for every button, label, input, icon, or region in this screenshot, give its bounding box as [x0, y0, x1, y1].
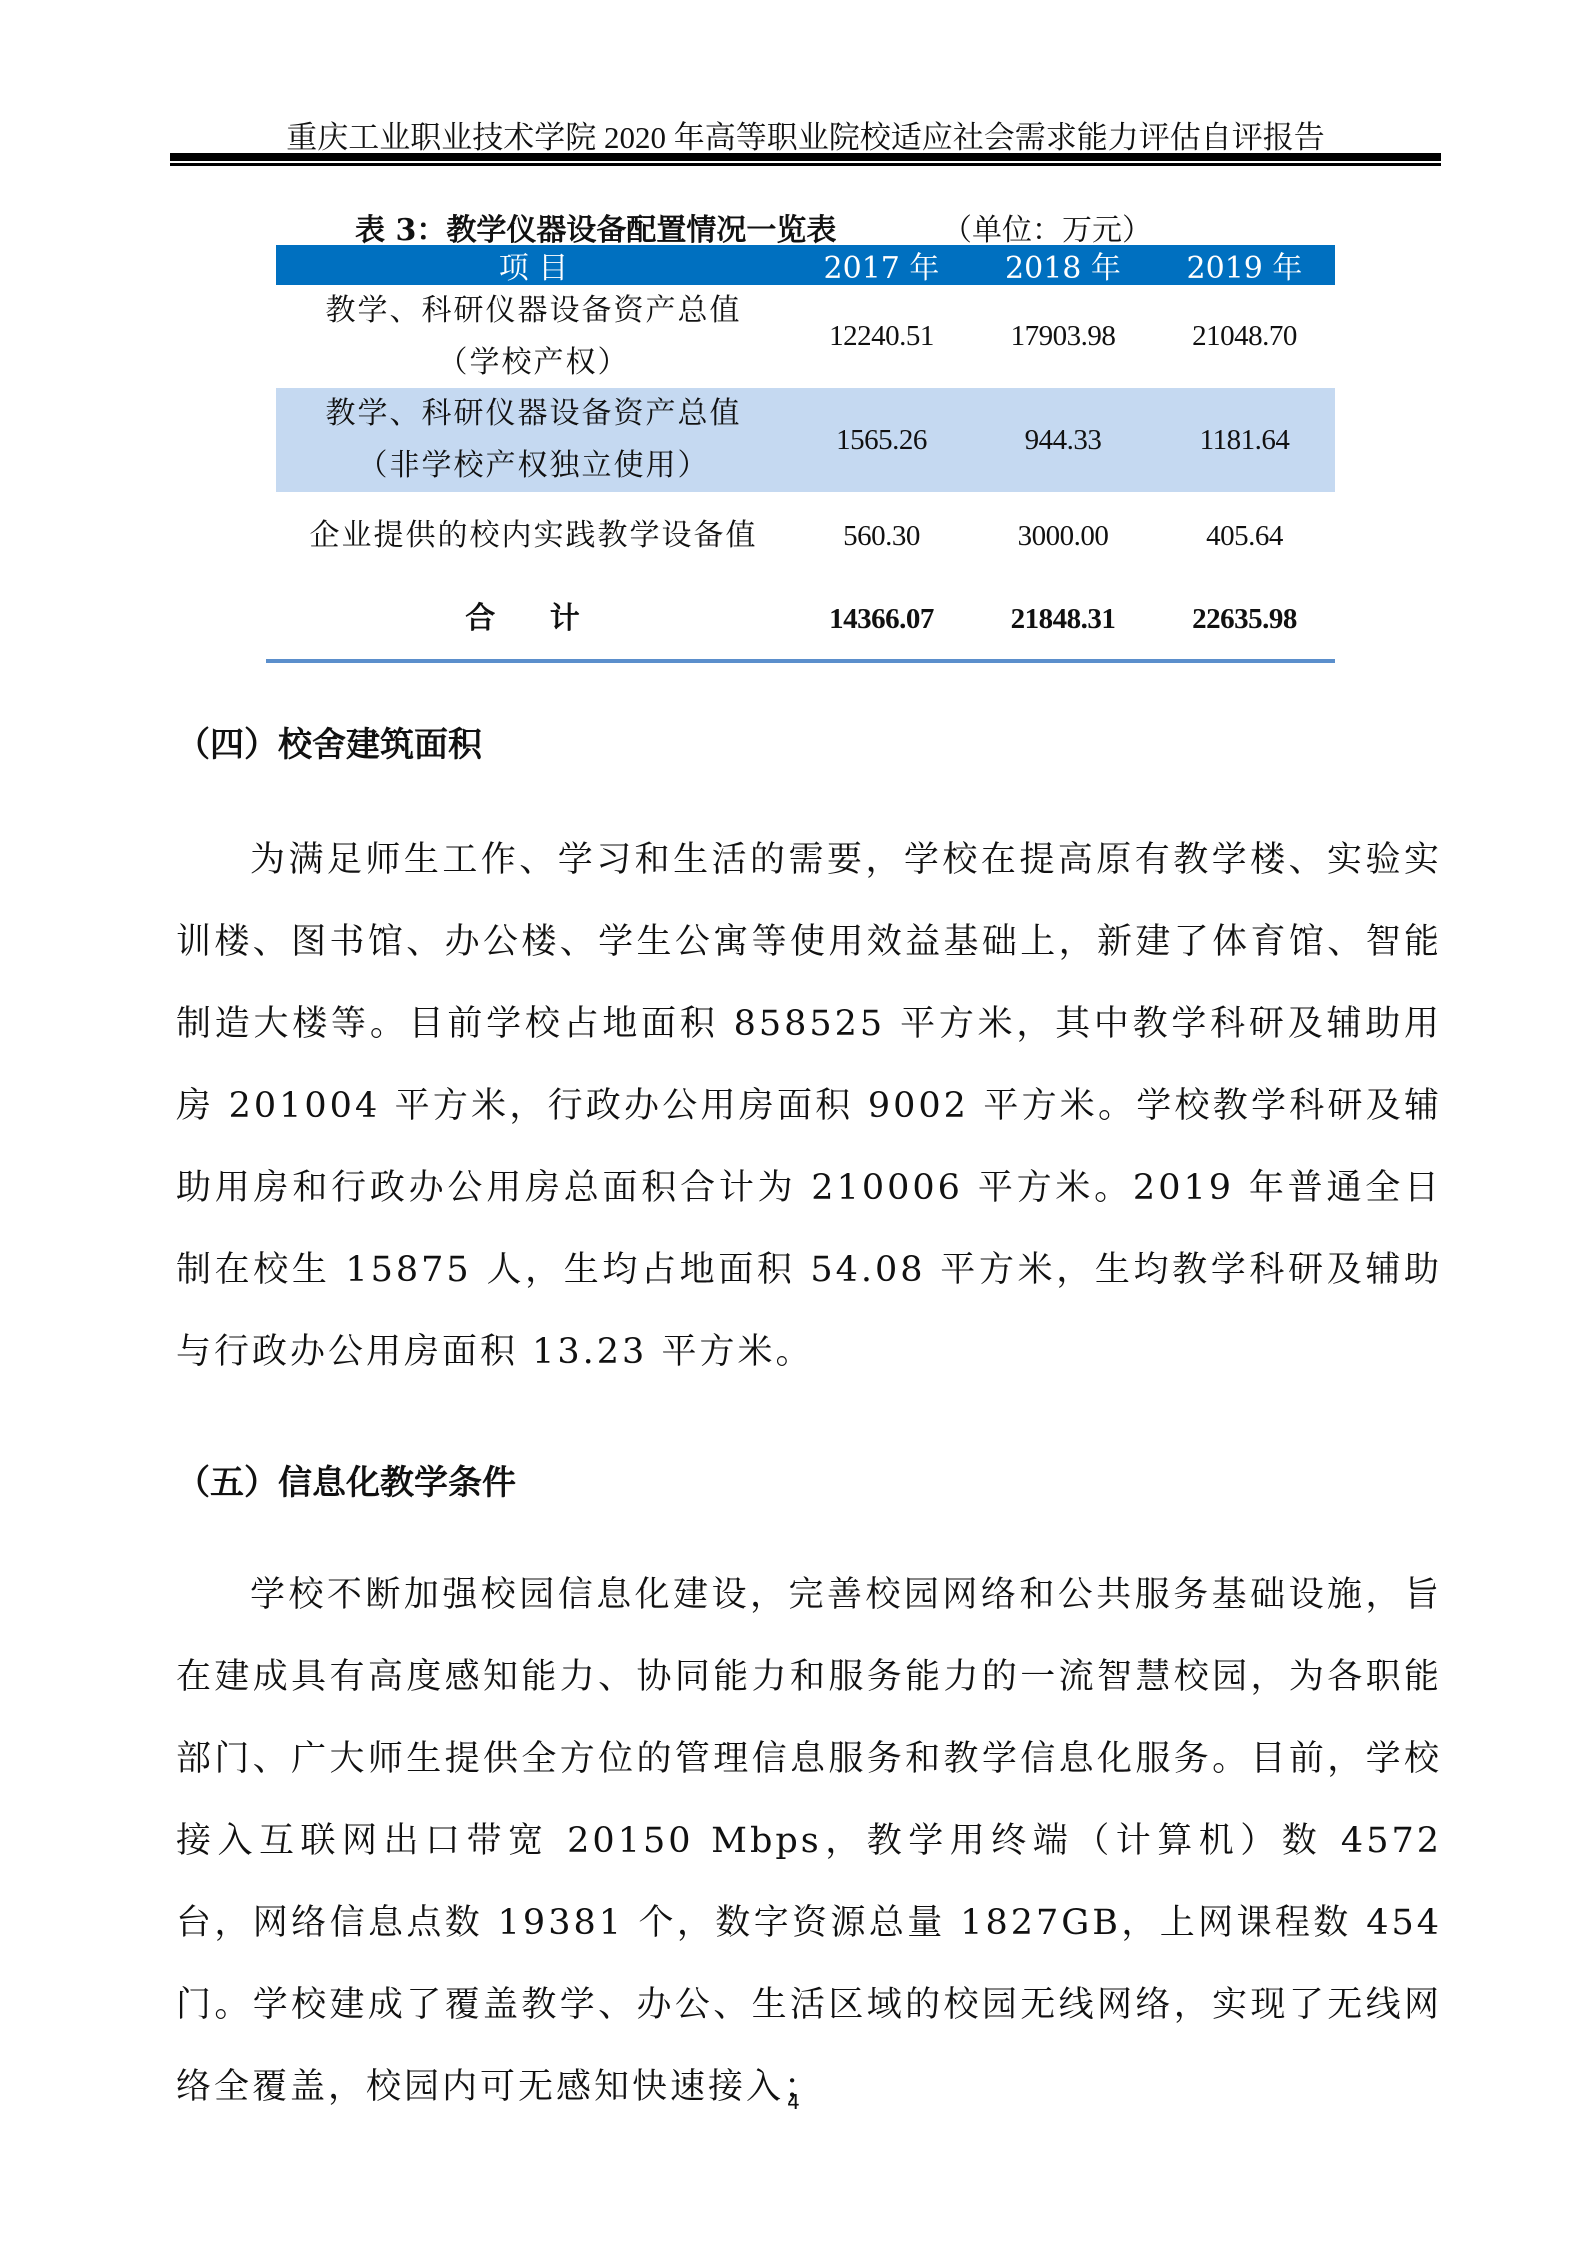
row-label-line2: （学校产权） — [276, 337, 791, 389]
row-label-line1: 教学、科研仪器设备资产总值 — [276, 388, 791, 440]
section-title-building-area: （四）校舍建筑面积 — [176, 717, 482, 766]
cell-2019: 21048.70 — [1154, 320, 1335, 353]
column-header-item: 项 目 — [276, 243, 791, 287]
table-row: 教学、科研仪器设备资产总值 （学校产权） 12240.51 17903.98 2… — [276, 285, 1335, 388]
cell-2017: 1565.26 — [791, 424, 972, 457]
row-label-line2: （非学校产权独立使用） — [276, 440, 791, 492]
cell-2018: 17903.98 — [972, 320, 1154, 353]
table-total-row: 合 计 14366.07 21848.31 22635.98 — [276, 580, 1335, 658]
paragraph-building-area: 为满足师生工作、学习和生活的需要，学校在提高原有教学楼、实验实训楼、图书馆、办公… — [176, 819, 1442, 1393]
header-rule-thick — [170, 153, 1441, 161]
table-header-row: 项 目 2017 年 2018 年 2019 年 — [276, 245, 1335, 285]
header-rule-thin — [170, 163, 1441, 166]
cell-2018: 21848.31 — [972, 603, 1154, 636]
table-row: 教学、科研仪器设备资产总值 （非学校产权独立使用） 1565.26 944.33… — [276, 388, 1335, 492]
cell-2017: 12240.51 — [791, 320, 972, 353]
paragraph-it-teaching: 学校不断加强校园信息化建设，完善校园网络和公共服务基础设施，旨在建成具有高度感知… — [176, 1554, 1442, 2128]
cell-2017: 560.30 — [791, 520, 972, 553]
cell-2019: 405.64 — [1154, 520, 1335, 553]
equipment-table: 项 目 2017 年 2018 年 2019 年 教学、科研仪器设备资产总值 （… — [276, 245, 1335, 658]
row-label-total: 合 计 — [276, 593, 791, 645]
cell-2018: 3000.00 — [972, 520, 1154, 553]
page-number: 4 — [0, 2090, 1587, 2114]
row-label: 企业提供的校内实践教学设备值 — [276, 510, 791, 562]
table-bottom-rule — [266, 659, 1335, 663]
cell-2019: 1181.64 — [1154, 424, 1335, 457]
column-header-2019: 2019 年 — [1154, 243, 1335, 287]
row-label-line1: 教学、科研仪器设备资产总值 — [276, 285, 791, 337]
running-header-title: 重庆工业职业技术学院 2020 年高等职业院校适应社会需求能力评估自评报告 — [170, 112, 1441, 157]
cell-2019: 22635.98 — [1154, 603, 1335, 636]
cell-2018: 944.33 — [972, 424, 1154, 457]
row-label: 教学、科研仪器设备资产总值 （非学校产权独立使用） — [276, 388, 791, 492]
row-label: 教学、科研仪器设备资产总值 （学校产权） — [276, 285, 791, 389]
column-header-2018: 2018 年 — [972, 243, 1154, 287]
cell-2017: 14366.07 — [791, 603, 972, 636]
column-header-2017: 2017 年 — [791, 243, 972, 287]
section-title-it-teaching: （五）信息化教学条件 — [176, 1455, 516, 1504]
table-row: 企业提供的校内实践教学设备值 560.30 3000.00 405.64 — [276, 492, 1335, 580]
